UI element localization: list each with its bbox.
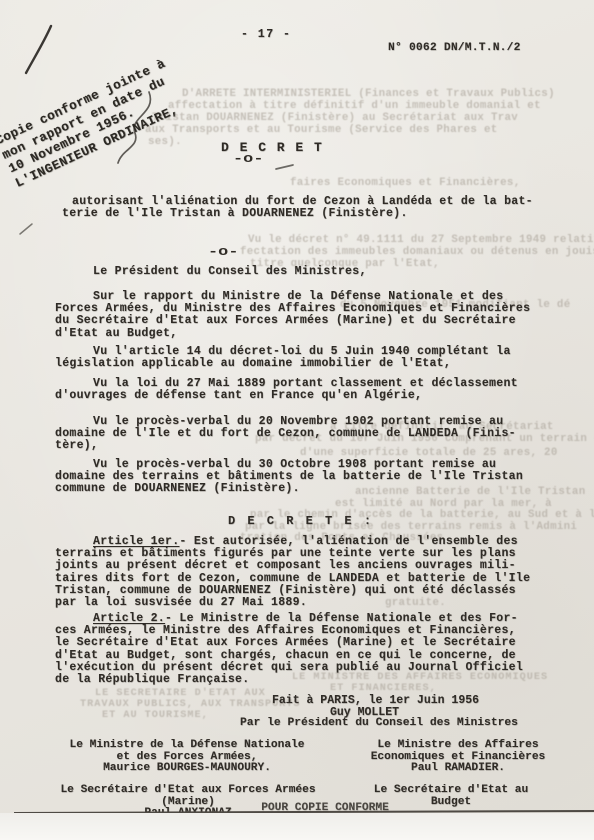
scan-background (0, 813, 594, 840)
dateline-authority: Par le Président du Conseil des Ministre… (240, 717, 518, 729)
pen-mark-tick (20, 224, 32, 234)
bleedthrough-fragment: aux Transports et au Tourisme (Service d… (145, 124, 498, 136)
pen-mark-slash (26, 26, 51, 73)
bleedthrough-fragment: LE SECRETAIRE D'ETAT AUX (95, 688, 266, 699)
preamble-paragraph: Sur le rapport du Ministre de la Défense… (55, 291, 541, 340)
preamble-paragraph: Vu le procès-verbal du 30 Octobre 1908 p… (55, 459, 541, 496)
signature-defense-minister: Le Ministre de la Défense Nationale et d… (58, 740, 316, 775)
bleedthrough-fragment: Vu le décret n° 49.1111 du 27 Septembre … (248, 234, 594, 246)
article-1-label: Article 1er. (93, 535, 179, 548)
decree-opening: Le Président du Conseil des Ministres, (55, 266, 541, 278)
preamble-paragraph: Vu la loi du 27 Mai 1889 portant classem… (55, 378, 541, 402)
article-2-label: Article 2. (93, 612, 165, 625)
page-number: - 17 - (241, 28, 291, 41)
decree-subject: autorisant l'aliénation du fort de Cezon… (62, 196, 542, 220)
bleedthrough-fragment: D'ARRETE INTERMINISTERIEL (Finances et T… (182, 88, 555, 100)
signature-budget-secretary: Le Secrétaire d'Etat au Budget (366, 785, 536, 808)
preamble-paragraph: Vu l'article 14 du décret-loi du 5 Juin … (55, 346, 541, 370)
scanned-page: D'ARRETE INTERMINISTERIEL (Finances et T… (0, 0, 594, 840)
separator-ornament: -o- (233, 152, 263, 166)
bleedthrough-fragment: ses). (148, 136, 182, 148)
bleedthrough-fragment: TRAVAUX PUBLICS, AUX TRANSPORTS (80, 699, 301, 710)
bleedthrough-fragment: fectation des immeubles domaniaux ou dét… (240, 246, 594, 258)
bleedthrough-fragment: faires Economiques et Financières, (290, 177, 521, 189)
pen-mark-dash (276, 165, 293, 169)
article-2: Article 2.- Le Ministre de la Défense Na… (55, 613, 541, 686)
reference-number: N° 0062 DN/M.T.N./2 (388, 42, 521, 54)
bleedthrough-fragment: Tristan DOUARNENEZ (Finistère) au Secrét… (152, 112, 518, 124)
bleedthrough-fragment: ET AU TOURISME, (102, 710, 209, 721)
bleedthrough-fragment: affectation à titre définitif d'un immeu… (168, 100, 541, 112)
separator-ornament: -o- (208, 245, 238, 259)
article-1: Article 1er.- Est autorisée, l'aliénatio… (55, 536, 541, 609)
preamble-paragraph: Vu le procès-verbal du 20 Novembre 1902 … (55, 416, 541, 453)
decrete-heading: D E C R E T E : (228, 514, 374, 528)
signature-economy-minister: Le Ministre des Affaires Economiques et … (368, 740, 548, 775)
